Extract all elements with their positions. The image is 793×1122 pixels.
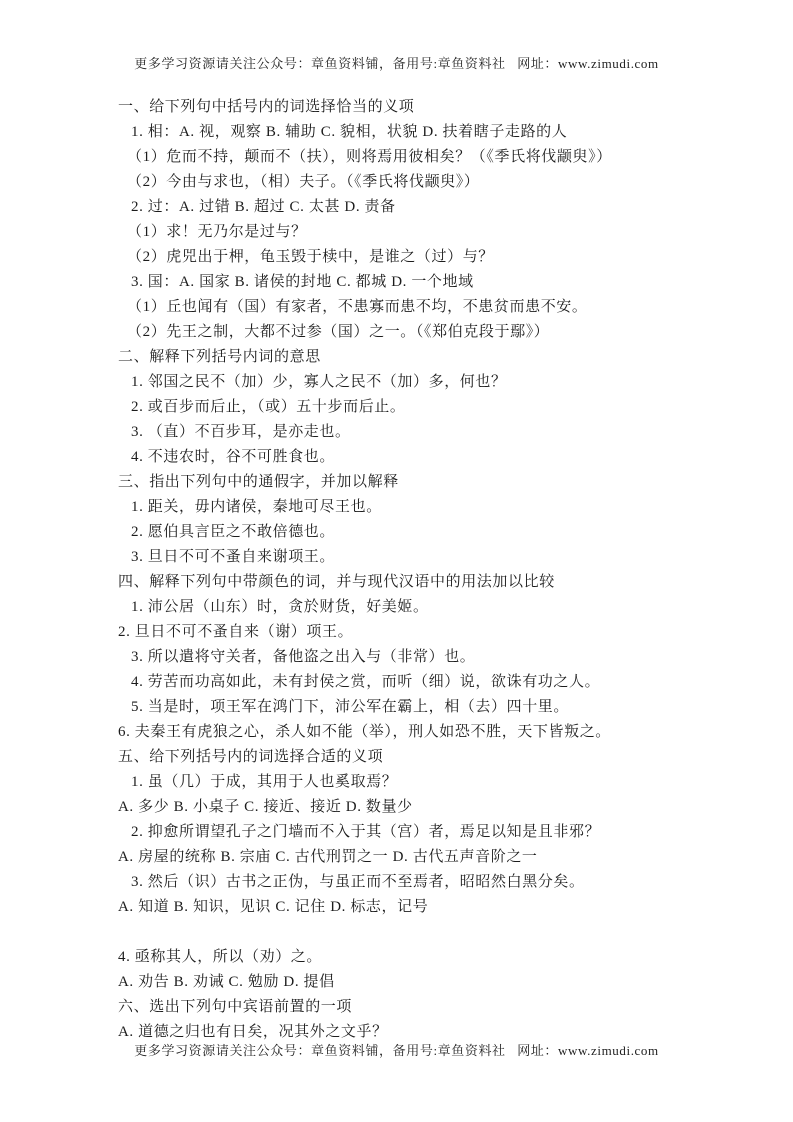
text-line: 2. 愿伯具言臣之不敢倍德也。 [118,520,688,545]
text-line [118,920,688,945]
text-line: 3. 旦日不可不蚤自来谢项王。 [118,545,688,570]
text-line: 1. 相：A. 视，观察 B. 辅助 C. 貌相，状貌 D. 扶着瞎子走路的人 [118,120,688,145]
text-line: 1. 虽（几）于成，其用于人也奚取焉？ [118,770,688,795]
text-line: 4. 不违农时，谷不可胜食也。 [118,445,688,470]
text-line: 一、给下列句中括号内的词选择恰当的义项 [118,95,688,120]
page-header-text: 更多学习资源请关注公众号：章鱼资料铺，备用号:章鱼资料社 网址：www.zimu… [0,53,793,72]
text-line: 五、给下列括号内的词选择合适的义项 [118,745,688,770]
text-line: 3. 国：A. 国家 B. 诸侯的封地 C. 都城 D. 一个地域 [118,270,688,295]
text-line: （2）今由与求也，（相）夫子。（《季氏将伐颛臾》） [118,170,688,195]
text-line: 2. 旦日不可不蚤自来（谢）项王。 [118,620,688,645]
text-line: 3. 所以遣将守关者，备他盗之出入与（非常）也。 [118,645,688,670]
text-line: 4. 亟称其人，所以（劝）之。 [118,945,688,970]
text-line: 6. 夫秦王有虎狼之心，杀人如不能（举），刑人如恐不胜，天下皆叛之。 [118,720,688,745]
text-line: 2. 抑愈所谓望孔子之门墙而不入于其（宫）者，焉足以知是且非邪？ [118,820,688,845]
text-line: 3. （直）不百步耳，是亦走也。 [118,420,688,445]
text-line: 1. 邻国之民不（加）少，寡人之民不（加）多，何也？ [118,370,688,395]
text-line: 二、解释下列括号内词的意思 [118,345,688,370]
text-line: （2）先王之制，大都不过参（国）之一。（《郑伯克段于鄢》） [118,320,688,345]
text-line: A. 房屋的统称 B. 宗庙 C. 古代刑罚之一 D. 古代五声音阶之一 [118,845,688,870]
text-line: 三、指出下列句中的通假字，并加以解释 [118,470,688,495]
document-page: 更多学习资源请关注公众号：章鱼资料铺，备用号:章鱼资料社 网址：www.zimu… [0,0,793,1122]
document-body: 一、给下列句中括号内的词选择恰当的义项1. 相：A. 视，观察 B. 辅助 C.… [118,95,688,1045]
text-line: 2. 过：A. 过错 B. 超过 C. 太甚 D. 责备 [118,195,688,220]
text-line: （2）虎兕出于柙，龟玉毁于椟中，是谁之（过）与？ [118,245,688,270]
text-line: 5. 当是时，项王军在鸿门下，沛公军在霸上，相（去）四十里。 [118,695,688,720]
text-line: A. 知道 B. 知识，见识 C. 记住 D. 标志，记号 [118,895,688,920]
text-line: A. 劝告 B. 劝诫 C. 勉励 D. 提倡 [118,970,688,995]
text-line: 4. 劳苦而功高如此，未有封侯之赏，而听（细）说，欲诛有功之人。 [118,670,688,695]
text-line: （1）危而不持，颠而不（扶），则将焉用彼相矣？（《季氏将伐颛臾》） [118,145,688,170]
page-footer-text: 更多学习资源请关注公众号：章鱼资料铺，备用号:章鱼资料社 网址：www.zimu… [0,1040,793,1059]
text-line: （1）丘也闻有（国）有家者，不患寡而患不均，不患贫而患不安。 [118,295,688,320]
text-line: A. 多少 B. 小桌子 C. 接近、接近 D. 数量少 [118,795,688,820]
text-line: 1. 距关，毋内诸侯，秦地可尽王也。 [118,495,688,520]
text-line: （1）求！无乃尔是过与？ [118,220,688,245]
text-line: 1. 沛公居（山东）时，贪於财货，好美姬。 [118,595,688,620]
text-line: 四、解释下列句中带颜色的词，并与现代汉语中的用法加以比较 [118,570,688,595]
text-line: 2. 或百步而后止，（或）五十步而后止。 [118,395,688,420]
text-line: 3. 然后（识）古书之正伪，与虽正而不至焉者，昭昭然白黑分矣。 [118,870,688,895]
text-line: 六、选出下列句中宾语前置的一项 [118,995,688,1020]
